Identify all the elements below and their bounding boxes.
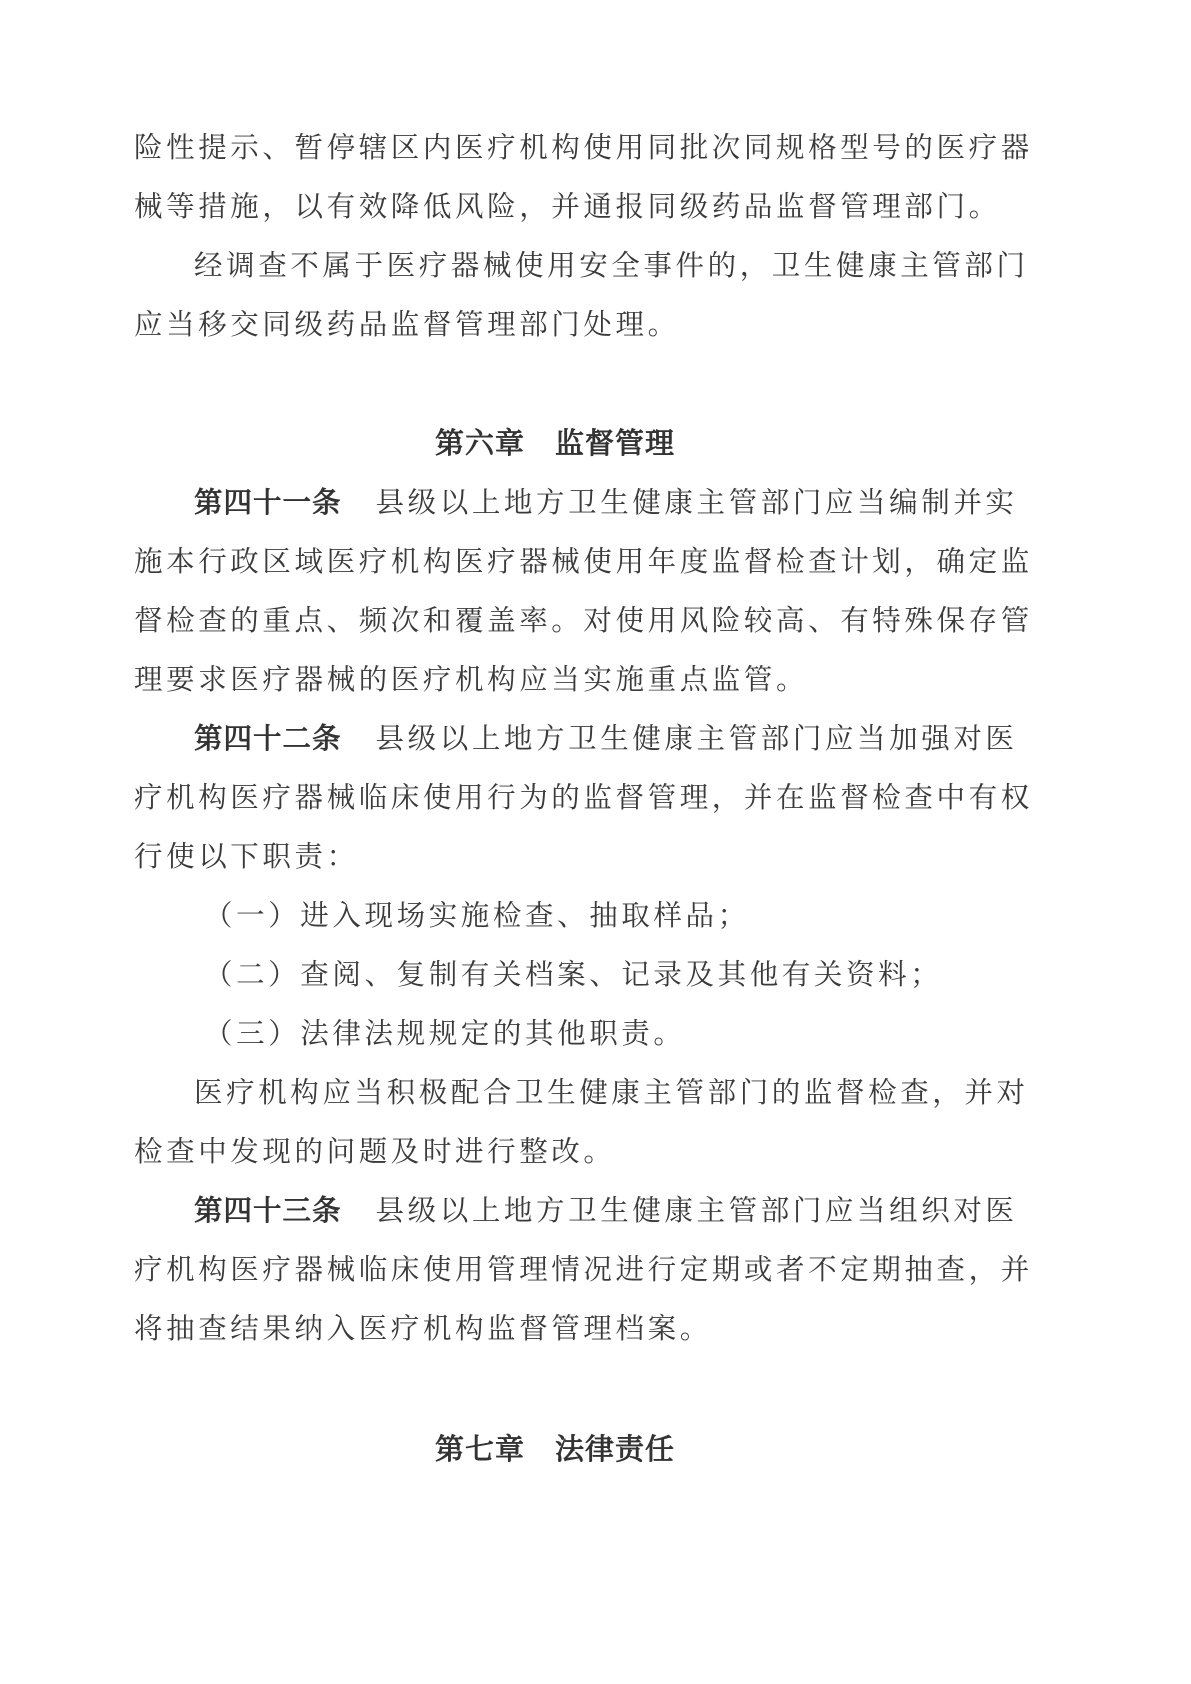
chapter-heading: 第七章 法律责任 [134, 1420, 976, 1479]
body-text: 县级以上地方卫生健康主管部门应当组织对医 [376, 1194, 1018, 1227]
body-text: 县级以上地方卫生健康主管部门应当编制并实 [376, 486, 1018, 519]
document-page: 险性提示、暂停辖区内医疗机构使用同批次同规格型号的医疗器 械等措施，以有效降低风… [134, 118, 976, 1479]
article-42-first-line: 第四十二条县级以上地方卫生健康主管部门应当加强对医 [134, 709, 976, 768]
body-line: 械等措施，以有效降低风险，并通报同级药品监督管理部门。 [134, 177, 976, 236]
body-line: 经调查不属于医疗器械使用安全事件的，卫生健康主管部门 [134, 236, 976, 295]
body-line: 行使以下职责： [134, 827, 976, 886]
article-label: 第四十三条 [194, 1194, 342, 1227]
body-line: 施本行政区域医疗机构医疗器械使用年度监督检查计划，确定监 [134, 532, 976, 591]
body-line: 医疗机构应当积极配合卫生健康主管部门的监督检查，并对 [134, 1063, 976, 1122]
body-line: 应当移交同级药品监督管理部门处理。 [134, 295, 976, 354]
body-line: 疗机构医疗器械临床使用行为的监督管理，并在监督检查中有权 [134, 768, 976, 827]
article-label: 第四十二条 [194, 722, 342, 755]
body-line: 检查中发现的问题及时进行整改。 [134, 1122, 976, 1181]
article-41-first-line: 第四十一条县级以上地方卫生健康主管部门应当编制并实 [134, 473, 976, 532]
list-item: （一）进入现场实施检查、抽取样品； [134, 886, 976, 945]
body-line: 将抽查结果纳入医疗机构监督管理档案。 [134, 1299, 976, 1358]
chapter-heading: 第六章 监督管理 [134, 414, 976, 473]
body-text: 县级以上地方卫生健康主管部门应当加强对医 [376, 722, 1018, 755]
article-43-first-line: 第四十三条县级以上地方卫生健康主管部门应当组织对医 [134, 1181, 976, 1240]
body-line: 疗机构医疗器械临床使用管理情况进行定期或者不定期抽查，并 [134, 1240, 976, 1299]
article-label: 第四十一条 [194, 486, 342, 519]
list-item: （二）查阅、复制有关档案、记录及其他有关资料； [134, 945, 976, 1004]
body-line: 理要求医疗器械的医疗机构应当实施重点监管。 [134, 650, 976, 709]
body-line: 险性提示、暂停辖区内医疗机构使用同批次同规格型号的医疗器 [134, 118, 976, 177]
list-item: （三）法律法规规定的其他职责。 [134, 1004, 976, 1063]
body-line: 督检查的重点、频次和覆盖率。对使用风险较高、有特殊保存管 [134, 591, 976, 650]
